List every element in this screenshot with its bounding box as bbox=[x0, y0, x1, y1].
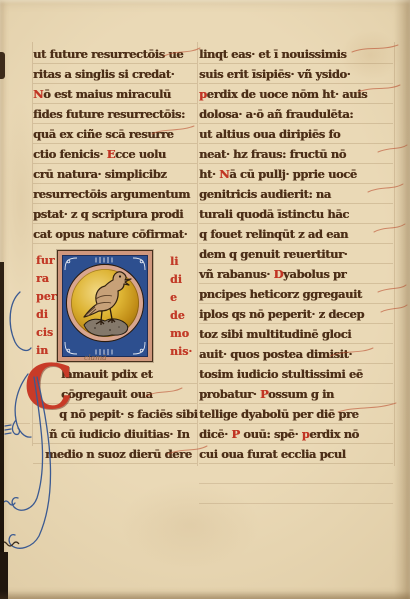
text-line: resurrectōis argumentum bbox=[33, 184, 197, 204]
text-segment: pstat· z q scriptura prodi bbox=[33, 207, 183, 221]
rubric-letter: e bbox=[170, 289, 197, 307]
text-line: turali quodā īstinctu hāc bbox=[199, 204, 393, 224]
text-segment: suis erit īsipiēs· vñ ysido· bbox=[199, 67, 350, 81]
text-segment: linqt eas· et ī nouissimis bbox=[199, 47, 346, 61]
text-segment: fides future resurrectōis: bbox=[33, 107, 185, 121]
text-segment: ut future resurrectōis ue bbox=[33, 47, 183, 61]
page-curve-shadow bbox=[394, 0, 410, 599]
text-line: ut altius oua diripiēs fo bbox=[199, 124, 393, 144]
text-segment: q nō pepit· s faciēs sibi bbox=[59, 407, 197, 421]
text-line: crū natura· simplicibz bbox=[33, 164, 197, 184]
text-segment: resurrectōis argumentum bbox=[33, 187, 190, 201]
text-line: iplos qs nō peperit· z decep bbox=[199, 304, 393, 324]
text-segment: lamauit pdix et bbox=[61, 367, 152, 381]
page-bottom-shadow bbox=[0, 591, 410, 599]
text-segment: iplos qs nō peperit· z decep bbox=[199, 307, 364, 321]
text-segment: dem q genuit reuertitur· bbox=[199, 247, 347, 261]
text-line: medio n suoz dierū dere bbox=[33, 444, 197, 464]
text-column-right: linqt eas· et ī nouissimissuis erit īsip… bbox=[199, 44, 393, 464]
text-line: fides future resurrectōis: bbox=[33, 104, 197, 124]
text-line: genitricis audierit: na bbox=[199, 184, 393, 204]
partridge-miniature bbox=[58, 251, 152, 361]
text-line: perdix de uoce nōm ht· auis bbox=[199, 84, 393, 104]
text-segment: ō est maius miraculū bbox=[43, 87, 171, 101]
text-segment: cat opus nature cōfirmat· bbox=[33, 227, 187, 241]
text-segment: genitricis audierit: na bbox=[199, 187, 331, 201]
text-segment: turali quodā īstinctu hāc bbox=[199, 207, 349, 221]
rubricated-letter: D bbox=[273, 267, 283, 281]
text-line: neat· hz fraus: fructū nō bbox=[199, 144, 393, 164]
rubric-letters-right-of-miniature: lidiedemonis· bbox=[170, 253, 197, 361]
text-line: dolosa· a·ō añ fraudulēta: bbox=[199, 104, 393, 124]
text-segment: toz sibi multitudinē gloci bbox=[199, 327, 351, 341]
rubric-letter: di bbox=[36, 306, 58, 324]
text-segment: pncipes heticorz ggregauit bbox=[199, 287, 362, 301]
text-line: linqt eas· et ī nouissimis bbox=[199, 44, 393, 64]
text-line: cat opus nature cōfirmat· bbox=[33, 224, 197, 244]
text-line: pncipes heticorz ggregauit bbox=[199, 284, 393, 304]
rubricated-letter: E bbox=[107, 147, 115, 161]
text-segment: quā ex ciñe scā resurre bbox=[33, 127, 173, 141]
text-line: Nō est maius miraculū bbox=[33, 84, 197, 104]
mound-speckle bbox=[109, 329, 111, 331]
mound-speckle bbox=[118, 326, 120, 328]
rubric-letter: nis· bbox=[170, 343, 197, 361]
text-line: auit· quos postea dimisit· bbox=[199, 344, 393, 364]
initial-letter-c: C bbox=[24, 356, 68, 420]
rubric-letter: di bbox=[170, 271, 197, 289]
rubricated-letter: p bbox=[199, 87, 207, 101]
text-segment: tellige dyabolū per diē pre bbox=[199, 407, 358, 421]
rubricated-letter: P bbox=[231, 427, 239, 441]
text-line: vñ rabanus· Dyabolus pr bbox=[199, 264, 393, 284]
parchment-stain bbox=[120, 480, 260, 570]
rubric-letter: de bbox=[170, 307, 197, 325]
rubric-letter: li bbox=[170, 253, 197, 271]
rubricator-guide-word: clamā bbox=[84, 353, 107, 362]
text-line: q fouet relinqūt z ad ean bbox=[199, 224, 393, 244]
ruling-line-vertical bbox=[197, 42, 198, 466]
rubric-letter: ra bbox=[36, 270, 58, 288]
text-line: tellige dyabolū per diē pre bbox=[199, 404, 393, 424]
text-line: dem q genuit reuertitur· bbox=[199, 244, 393, 264]
text-line: cui oua furat ecclia pcul bbox=[199, 444, 393, 464]
text-line: ritas a singlis si credat· bbox=[33, 64, 197, 84]
text-segment: yabolus pr bbox=[283, 267, 346, 281]
text-line: pstat· z q scriptura prodi bbox=[33, 204, 197, 224]
text-line: tosim iudicio stultissimi eē bbox=[199, 364, 393, 384]
mound-speckle bbox=[94, 327, 96, 329]
text-segment: ctio fenicis· bbox=[33, 147, 107, 161]
text-segment: probatur· bbox=[199, 387, 260, 401]
rubric-letter: mo bbox=[170, 325, 197, 343]
text-segment: ossum g in bbox=[268, 387, 334, 401]
rubric-letters-left-of-miniature: furraperdicisin bbox=[36, 252, 58, 360]
text-line: dicē· P ouū: spē· perdix nō bbox=[199, 424, 393, 444]
text-segment: ouū: spē· bbox=[240, 427, 302, 441]
rubric-letter: fur bbox=[36, 252, 58, 270]
text-segment: vñ rabanus· bbox=[199, 267, 273, 281]
text-segment: cce uolu bbox=[115, 147, 166, 161]
rubricated-letter: N bbox=[219, 167, 229, 181]
text-line: ut future resurrectōis ue bbox=[33, 44, 197, 64]
text-segment: ñ cū iudicio diuitias· In bbox=[49, 427, 189, 441]
text-line: ñ cū iudicio diuitias· In bbox=[33, 424, 197, 444]
text-segment: crū natura· simplicibz bbox=[33, 167, 166, 181]
text-line: quā ex ciñe scā resurre bbox=[33, 124, 197, 144]
page-edge-mark bbox=[0, 52, 5, 79]
text-line: toz sibi multitudinē gloci bbox=[199, 324, 393, 344]
text-line: probatur· Possum g in bbox=[199, 384, 393, 404]
rubric-letter: cis bbox=[36, 324, 58, 342]
text-segment: ritas a singlis si credat· bbox=[33, 67, 174, 81]
text-segment: dolosa· a·ō añ fraudulēta: bbox=[199, 107, 353, 121]
text-segment: erdix de uoce nōm ht· auis bbox=[207, 87, 368, 101]
text-segment: dicē· bbox=[199, 427, 231, 441]
manuscript-page: ut future resurrectōis ueritas a singlis… bbox=[0, 0, 410, 599]
text-line: suis erit īsipiēs· vñ ysido· bbox=[199, 64, 393, 84]
text-segment: erdix nō bbox=[309, 427, 358, 441]
text-segment: ut altius oua diripiēs fo bbox=[199, 127, 340, 141]
ruling-line-horizontal bbox=[199, 483, 393, 484]
page-edge bbox=[0, 262, 4, 599]
text-line: ht· Nā cū pullj· pprie uocē bbox=[199, 164, 393, 184]
rubricated-letter: P bbox=[260, 387, 268, 401]
text-segment: ā cū pullj· pprie uocē bbox=[229, 167, 357, 181]
ruling-line-horizontal bbox=[4, 423, 30, 424]
text-column-left-upper: ut future resurrectōis ueritas a singlis… bbox=[33, 44, 197, 244]
rubricated-letter: N bbox=[33, 87, 43, 101]
text-segment: tosim iudicio stultissimi eē bbox=[199, 367, 363, 381]
text-line: ctio fenicis· Ecce uolu bbox=[33, 144, 197, 164]
text-segment: ht· bbox=[199, 167, 219, 181]
ruling-line-horizontal bbox=[199, 503, 393, 504]
text-segment: cui oua furat ecclia pcul bbox=[199, 447, 346, 461]
partridge-illustration bbox=[62, 255, 148, 357]
text-segment: neat· hz fraus: fructū nō bbox=[199, 147, 346, 161]
text-segment: auit· quos postea dimisit· bbox=[199, 347, 352, 361]
text-segment: q fouet relinqūt z ad ean bbox=[199, 227, 348, 241]
rubric-letter: per bbox=[36, 288, 58, 306]
text-segment: medio n suoz dierū dere bbox=[45, 447, 192, 461]
text-segment: cōgregauit oua bbox=[61, 387, 153, 401]
